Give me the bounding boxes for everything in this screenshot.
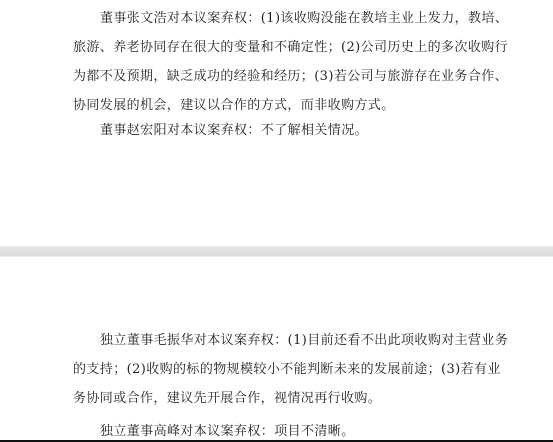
document-page-2: 独立董事毛振华对本议案弃权：(1)目前还看不出此项收购对主营业务的支持；(2)收… (0, 257, 553, 442)
page-separator (0, 246, 553, 257)
document-page-1: 董事张文浩对本议案弃权：(1)该收购没能在教培主业上发力，教培、旅游、养老协同存… (0, 0, 553, 246)
paragraph-independent-director-mao-zhenhua: 独立董事毛振华对本议案弃权：(1)目前还看不出此项收购对主营业务的支持；(2)收… (73, 326, 513, 413)
paragraph-director-zhang-wenhao: 董事张文浩对本议案弃权：(1)该收购没能在教培主业上发力，教培、旅游、养老协同存… (73, 4, 513, 120)
paragraph-independent-director-gao-feng: 独立董事高峰对本议案弃权：项目不清晰。 (73, 417, 513, 442)
paragraph-director-zhao-hongyang: 董事赵宏阳对本议案弃权：不了解相关情况。 (73, 116, 513, 145)
